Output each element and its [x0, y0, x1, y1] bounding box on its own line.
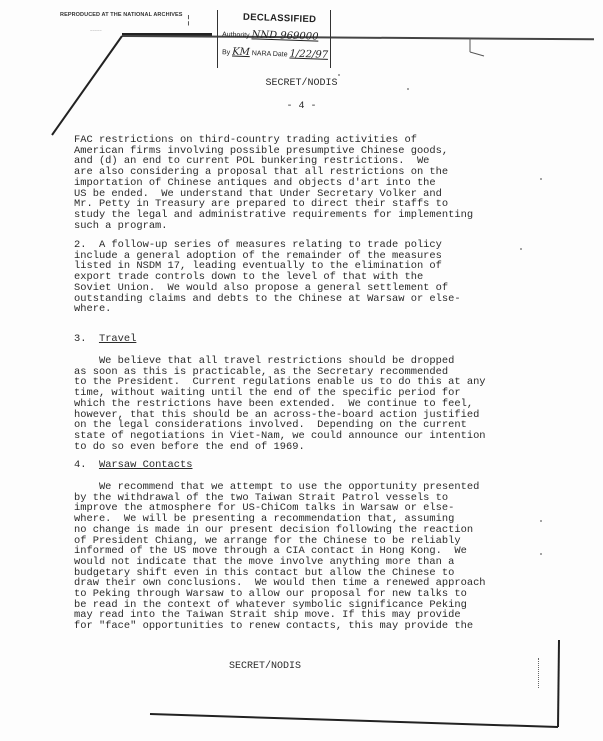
classification-footer: SECRET/NODIS — [229, 661, 301, 672]
margin-dots — [538, 658, 540, 688]
section-number: 4. — [74, 459, 99, 471]
speck — [520, 248, 522, 250]
paragraph-travel: We believe that all travel restrictions … — [74, 356, 486, 452]
speck — [338, 74, 340, 76]
section-title: Travel — [99, 333, 136, 345]
section-number: 3. — [74, 333, 99, 345]
stamp-by-label: By — [222, 49, 230, 56]
section-heading-travel: 3. Travel — [74, 333, 136, 345]
speck — [540, 178, 542, 180]
stamp-by-value: KM — [232, 47, 250, 59]
section-title: Warsaw Contacts — [99, 459, 193, 471]
page-number: - 4 - — [0, 101, 603, 112]
stamp-date-label: NARA Date — [252, 50, 288, 58]
stamp-authority-label: Authority — [222, 31, 250, 39]
paragraph-continuation: FAC restrictions on third-country tradin… — [74, 135, 473, 231]
section-heading-warsaw: 4. Warsaw Contacts — [74, 459, 192, 471]
paragraph-item-2: 2. A follow-up series of measures relati… — [74, 240, 461, 315]
document-page: REPRODUCED AT THE NATIONAL ARCHIVES ~~~~… — [0, 0, 603, 741]
speck — [540, 520, 542, 522]
speck — [540, 553, 542, 555]
speck — [407, 88, 409, 90]
paragraph-warsaw: We recommend that we attempt to use the … — [74, 482, 486, 632]
stamp-date-value: 1/22/97 — [289, 49, 328, 61]
classification-header: SECRET/NODIS — [0, 78, 603, 89]
stamp-authority-value: NND 969000 — [251, 29, 318, 42]
